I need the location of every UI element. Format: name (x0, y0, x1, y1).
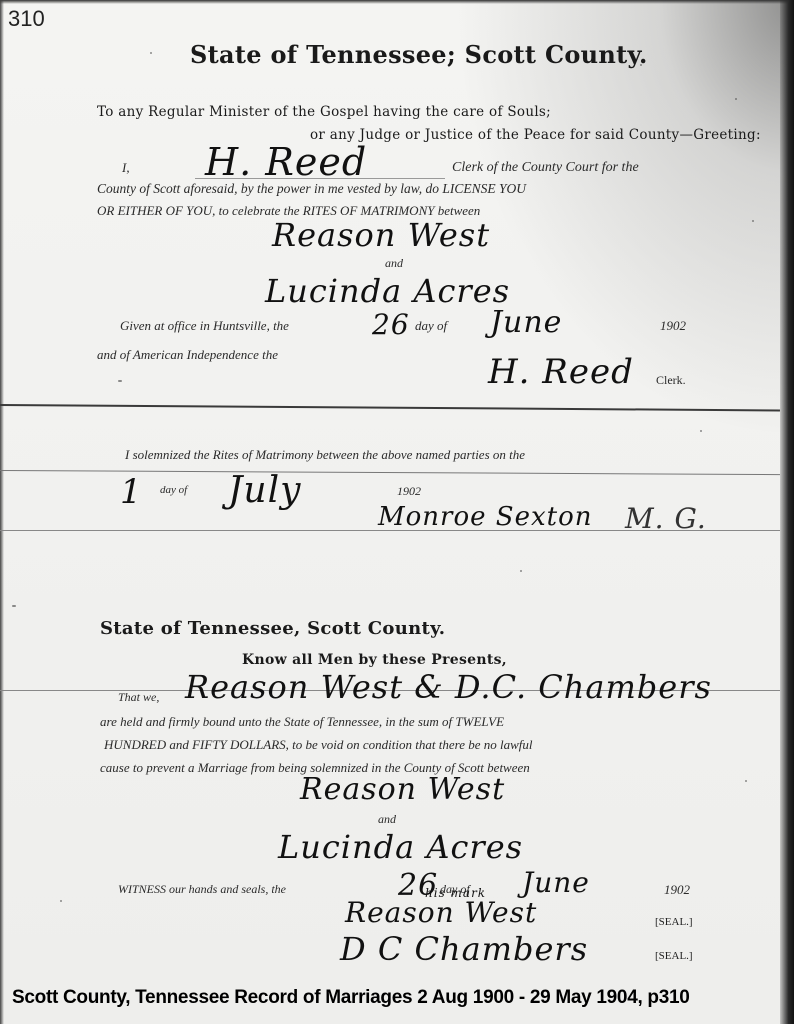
i-label: I, (122, 160, 130, 176)
clerk-of-court-text: Clerk of the County Court for the (452, 160, 639, 176)
license-heading: State of Tennessee; Scott County. (190, 40, 648, 69)
bond-groom-handwritten: Reason West (300, 772, 505, 807)
scan-speck (745, 780, 747, 782)
scan-top-edge (0, 0, 794, 4)
obligors-handwritten: Reason West & D.C. Chambers (185, 668, 712, 706)
seal-label-1: [SEAL.] (655, 916, 693, 928)
bond-heading: State of Tennessee, Scott County. (100, 618, 445, 639)
solemnization-year: 1902 (397, 484, 421, 499)
clerk-label: Clerk. (656, 373, 686, 388)
officiant-name-handwritten: Monroe Sexton (378, 502, 592, 532)
solemnization-line (0, 470, 780, 475)
record-caption: Scott County, Tennessee Record of Marria… (12, 987, 690, 1009)
clerk-name-line (195, 178, 445, 179)
solemnization-month-handwritten: July (228, 470, 301, 511)
solemnization-text: I solemnized the Rites of Matrimony betw… (125, 447, 525, 463)
solemnization-day-handwritten: 1 (120, 472, 143, 512)
groom-name-handwritten: Reason West (272, 216, 490, 254)
scan-speck (150, 52, 152, 54)
bride-name-handwritten: Lucinda Acres (265, 272, 510, 310)
scan-speck (520, 570, 522, 572)
bond-body-line-1: are held and firmly bound unto the State… (100, 714, 504, 730)
bond-body-line-2: HUNDRED and FIFTY DOLLARS, to be void on… (104, 737, 533, 753)
scan-right-edge (780, 0, 794, 1024)
license-day-of-label: day of (415, 318, 447, 334)
scan-speck (752, 220, 754, 222)
clerk-signature: H. Reed (488, 352, 634, 392)
license-body-line-2: County of Scott aforesaid, by the power … (97, 181, 526, 197)
document-page: 310 State of Tennessee; Scott County. To… (0, 0, 794, 1024)
scan-speck (700, 430, 702, 432)
bond-month-handwritten: June (522, 866, 590, 899)
bond-subheading: Know all Men by these Presents, (242, 652, 507, 668)
salutation-line-1: To any Regular Minister of the Gospel ha… (97, 104, 551, 120)
independence-text: and of American Independence the (97, 347, 278, 363)
that-we-label: That we, (118, 690, 159, 705)
license-year: 1902 (660, 318, 686, 334)
scan-speck (735, 98, 737, 100)
scan-left-edge (0, 0, 4, 1024)
witness-text: WITNESS our hands and seals, the (118, 882, 286, 897)
section-divider-1 (0, 404, 780, 411)
and-label: and (385, 256, 403, 271)
license-day-handwritten: 26 (372, 308, 410, 341)
solemnization-day-of-label: day of (160, 484, 187, 496)
scan-speck (60, 900, 62, 902)
salutation-line-2: or any Judge or Justice of the Peace for… (310, 127, 761, 143)
page-number: 310 (8, 6, 45, 32)
given-at-office-text: Given at office in Huntsville, the (120, 318, 289, 334)
bond-year: 1902 (664, 882, 690, 898)
obligor-signature-1: Reason West (345, 896, 537, 929)
scan-speck (12, 605, 16, 607)
scan-speck (640, 64, 642, 66)
obligor-signature-2: D C Chambers (340, 930, 588, 968)
bond-and-label: and (378, 812, 396, 827)
license-month-handwritten: June (490, 305, 562, 340)
scan-speck (118, 380, 122, 382)
bond-bride-handwritten: Lucinda Acres (278, 828, 523, 866)
solemnization-bottom-line (0, 530, 780, 531)
seal-label-2: [SEAL.] (655, 950, 693, 962)
